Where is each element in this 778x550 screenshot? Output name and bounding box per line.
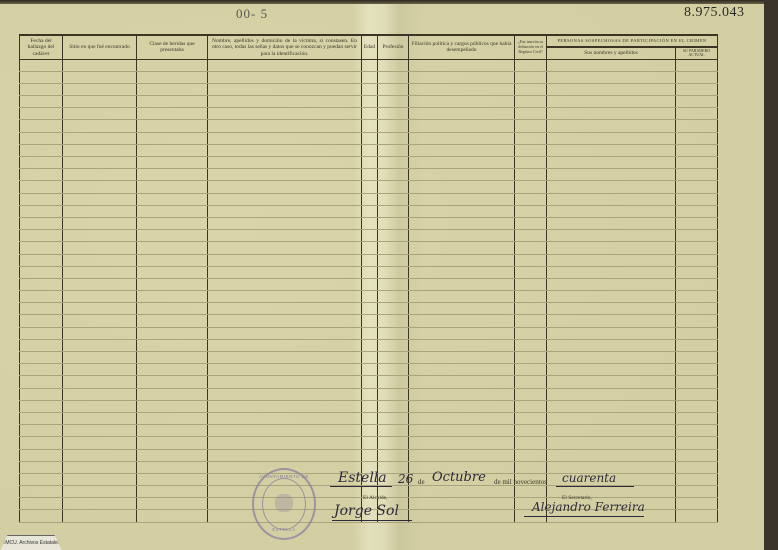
table-cell <box>362 266 378 278</box>
table-cell <box>547 230 676 242</box>
table-cell <box>676 254 718 266</box>
table-cell <box>362 449 378 461</box>
table-cell <box>362 388 378 400</box>
table-cell <box>409 498 515 510</box>
table-cell <box>20 120 63 132</box>
table-cell <box>137 388 208 400</box>
table-cell <box>20 376 63 388</box>
table-cell <box>20 144 63 156</box>
page-right-edge <box>764 0 778 550</box>
table-cell <box>63 205 137 217</box>
table-cell <box>515 352 547 364</box>
table-cell <box>63 303 137 315</box>
table-cell <box>362 339 378 351</box>
table-cell <box>362 364 378 376</box>
table-cell <box>208 352 362 364</box>
table-cell <box>208 181 362 193</box>
header-profesion: Profesión <box>378 35 409 59</box>
table-cell <box>362 352 378 364</box>
table-cell <box>378 96 409 108</box>
table-row <box>20 327 718 339</box>
table-cell <box>676 400 718 412</box>
table-cell <box>362 425 378 437</box>
mayor-label: El Alcalde, <box>363 495 387 501</box>
table-cell <box>515 291 547 303</box>
table-cell <box>409 120 515 132</box>
table-cell <box>137 315 208 327</box>
table-cell <box>137 181 208 193</box>
table-row <box>20 193 718 205</box>
header-filiacion: Filiación política y cargos públicos que… <box>409 35 515 59</box>
table-cell <box>676 144 718 156</box>
table-cell <box>63 278 137 290</box>
table-cell <box>547 242 676 254</box>
table-cell <box>362 71 378 83</box>
table-cell <box>378 169 409 181</box>
table-cell <box>409 291 515 303</box>
table-cell <box>378 120 409 132</box>
coat-of-arms-icon <box>275 494 293 512</box>
table-cell <box>515 303 547 315</box>
table-cell <box>20 388 63 400</box>
table-cell <box>137 412 208 424</box>
table-cell <box>20 157 63 169</box>
table-cell <box>676 169 718 181</box>
table-body <box>20 59 718 522</box>
place-underline <box>330 486 392 487</box>
table-cell <box>208 437 362 449</box>
table-cell <box>378 327 409 339</box>
table-cell <box>515 425 547 437</box>
table-cell <box>20 59 63 71</box>
table-cell <box>409 339 515 351</box>
table-cell <box>63 181 137 193</box>
table-cell <box>20 339 63 351</box>
table-cell <box>63 473 137 485</box>
table-row <box>20 278 718 290</box>
table-cell <box>409 425 515 437</box>
table-cell <box>208 291 362 303</box>
table-row <box>20 254 718 266</box>
table-cell <box>547 437 676 449</box>
table-cell <box>63 498 137 510</box>
table-cell <box>409 59 515 71</box>
table-row <box>20 291 718 303</box>
table-cell <box>676 181 718 193</box>
footer-de: de <box>418 478 425 486</box>
table-row <box>20 315 718 327</box>
table-cell <box>515 157 547 169</box>
table-cell <box>208 266 362 278</box>
table-cell <box>409 388 515 400</box>
table-cell <box>208 217 362 229</box>
table-cell <box>362 278 378 290</box>
table-cell <box>63 132 137 144</box>
table-cell <box>378 425 409 437</box>
table-cell <box>515 71 547 83</box>
table-cell <box>676 425 718 437</box>
table-cell <box>515 278 547 290</box>
table-cell <box>409 193 515 205</box>
table-cell <box>20 400 63 412</box>
table-cell <box>137 144 208 156</box>
table-cell <box>547 303 676 315</box>
table-cell <box>676 217 718 229</box>
table-cell <box>208 303 362 315</box>
table-cell <box>137 242 208 254</box>
table-cell <box>137 120 208 132</box>
table-cell <box>409 278 515 290</box>
table-cell <box>20 132 63 144</box>
table-cell <box>378 71 409 83</box>
table-cell <box>409 412 515 424</box>
table-cell <box>515 217 547 229</box>
table-cell <box>137 291 208 303</box>
table-cell <box>208 254 362 266</box>
table-cell <box>378 205 409 217</box>
header-edad: Edad <box>362 35 378 59</box>
table-cell <box>676 412 718 424</box>
table-cell <box>515 400 547 412</box>
table-cell <box>137 400 208 412</box>
table-cell <box>137 96 208 108</box>
footer-day: 26 <box>398 472 413 486</box>
table-cell <box>20 254 63 266</box>
table-cell <box>20 181 63 193</box>
table-cell <box>547 266 676 278</box>
table-cell <box>547 157 676 169</box>
table-cell <box>378 352 409 364</box>
table-cell <box>208 169 362 181</box>
table-cell <box>20 449 63 461</box>
table-cell <box>515 461 547 473</box>
table-cell <box>20 437 63 449</box>
table-cell <box>20 461 63 473</box>
table-cell <box>63 412 137 424</box>
table-cell <box>63 266 137 278</box>
table-cell <box>208 83 362 95</box>
archive-watermark: ©MCU. Archivos Estatales <box>0 535 62 550</box>
table-cell <box>409 144 515 156</box>
table-cell <box>547 193 676 205</box>
table-cell <box>137 83 208 95</box>
table-cell <box>362 412 378 424</box>
header-heridas: Clase de heridas que presentaba <box>137 35 208 59</box>
table-cell <box>20 217 63 229</box>
table-cell <box>208 425 362 437</box>
table-cell <box>63 352 137 364</box>
table-cell <box>20 303 63 315</box>
table-cell <box>409 315 515 327</box>
table-cell <box>362 144 378 156</box>
table-cell <box>409 254 515 266</box>
table-cell <box>20 169 63 181</box>
table-cell <box>676 193 718 205</box>
table-cell <box>362 205 378 217</box>
table-row <box>20 242 718 254</box>
footer-place: Estella <box>338 470 387 486</box>
table-cell <box>515 315 547 327</box>
table-cell <box>63 242 137 254</box>
table-cell <box>20 327 63 339</box>
table-cell <box>20 108 63 120</box>
table-cell <box>362 400 378 412</box>
table-cell <box>378 132 409 144</box>
table-cell <box>208 120 362 132</box>
table-cell <box>676 291 718 303</box>
table-cell <box>137 205 208 217</box>
table-cell <box>208 449 362 461</box>
table-cell <box>676 278 718 290</box>
sheet-number: 00- 5 <box>236 6 268 22</box>
table-cell <box>515 144 547 156</box>
table-cell <box>676 510 718 522</box>
table-row <box>20 217 718 229</box>
table-cell <box>362 132 378 144</box>
table-cell <box>63 291 137 303</box>
table-cell <box>137 425 208 437</box>
table-cell <box>63 339 137 351</box>
table-cell <box>547 388 676 400</box>
table-cell <box>378 278 409 290</box>
table-cell <box>63 327 137 339</box>
table-cell <box>676 449 718 461</box>
table-cell <box>208 412 362 424</box>
table-cell <box>378 242 409 254</box>
table-cell <box>547 181 676 193</box>
table-cell <box>515 132 547 144</box>
table-cell <box>409 400 515 412</box>
table-cell <box>20 230 63 242</box>
table-cell <box>676 473 718 485</box>
table-cell <box>378 181 409 193</box>
seal-top-text: AYUNTAMIENTO DE <box>254 474 314 479</box>
table-row <box>20 230 718 242</box>
table-cell <box>409 303 515 315</box>
table-cell <box>20 96 63 108</box>
table-cell <box>676 266 718 278</box>
crime-register-table: Fecha del hallazgo del cadáver Sitio en … <box>19 34 718 523</box>
table-cell <box>515 339 547 351</box>
table-cell <box>137 193 208 205</box>
table-cell <box>547 364 676 376</box>
table-cell <box>137 352 208 364</box>
mayor-signature-underline <box>332 520 412 521</box>
table-cell <box>362 303 378 315</box>
secretary-signature: Alejandro Ferreira <box>532 500 645 514</box>
table-cell <box>676 108 718 120</box>
table-cell <box>515 449 547 461</box>
table-cell <box>208 376 362 388</box>
table-cell <box>515 96 547 108</box>
table-cell <box>63 169 137 181</box>
table-cell <box>547 205 676 217</box>
table-cell <box>676 120 718 132</box>
table-cell <box>547 449 676 461</box>
table-cell <box>20 242 63 254</box>
table-cell <box>208 278 362 290</box>
table-cell <box>63 510 137 522</box>
year-underline <box>556 486 634 487</box>
table-cell <box>137 364 208 376</box>
table-cell <box>547 315 676 327</box>
table-cell <box>137 486 208 498</box>
table-row <box>20 108 718 120</box>
table-cell <box>409 364 515 376</box>
table-cell <box>409 205 515 217</box>
table-cell <box>137 157 208 169</box>
table-cell <box>137 71 208 83</box>
table-row <box>20 205 718 217</box>
table-cell <box>378 303 409 315</box>
table-cell <box>63 449 137 461</box>
table-cell <box>137 217 208 229</box>
table-row <box>20 400 718 412</box>
table-row <box>20 364 718 376</box>
table-cell <box>515 412 547 424</box>
table-cell <box>208 59 362 71</box>
table-row <box>20 266 718 278</box>
document-code: 8.975.043 <box>684 5 745 21</box>
table-cell <box>515 364 547 376</box>
table-cell <box>547 376 676 388</box>
table-cell <box>20 315 63 327</box>
table-cell <box>378 400 409 412</box>
table-cell <box>362 96 378 108</box>
table-cell <box>63 388 137 400</box>
municipal-seal: AYUNTAMIENTO DE ESTELLA <box>252 468 316 540</box>
table-cell <box>515 120 547 132</box>
table-cell <box>208 96 362 108</box>
table-cell <box>515 486 547 498</box>
table-cell <box>63 217 137 229</box>
table-cell <box>515 242 547 254</box>
table-cell <box>676 59 718 71</box>
table-cell <box>208 364 362 376</box>
table-cell <box>137 473 208 485</box>
header-sus-nombres: Sus nombres y apellidos <box>547 47 676 59</box>
table-cell <box>676 96 718 108</box>
table-row <box>20 437 718 449</box>
table-cell <box>20 71 63 83</box>
header-personas-sospechosas: PERSONAS SOSPECHOSAS DE PARTICIPACIÓN EN… <box>547 35 718 47</box>
table-cell <box>137 449 208 461</box>
table-cell <box>362 376 378 388</box>
table-cell <box>409 217 515 229</box>
table-cell <box>547 96 676 108</box>
table-row <box>20 169 718 181</box>
table-cell <box>137 303 208 315</box>
table-cell <box>515 266 547 278</box>
table-cell <box>362 83 378 95</box>
table-cell <box>362 120 378 132</box>
table-cell <box>362 193 378 205</box>
table-cell <box>676 83 718 95</box>
table-cell <box>547 132 676 144</box>
table-cell <box>547 327 676 339</box>
table-cell <box>137 278 208 290</box>
table-cell <box>208 71 362 83</box>
table-cell <box>362 291 378 303</box>
table-cell <box>63 83 137 95</box>
table-cell <box>515 59 547 71</box>
table-cell <box>137 254 208 266</box>
table-cell <box>362 108 378 120</box>
table-cell <box>362 242 378 254</box>
table-cell <box>63 364 137 376</box>
table-cell <box>547 59 676 71</box>
table-cell <box>20 473 63 485</box>
table-row <box>20 449 718 461</box>
table-cell <box>676 352 718 364</box>
table-cell <box>547 217 676 229</box>
table-cell <box>137 108 208 120</box>
table-cell <box>63 425 137 437</box>
table-cell <box>378 266 409 278</box>
table-cell <box>378 217 409 229</box>
table-cell <box>378 108 409 120</box>
table-row <box>20 388 718 400</box>
table-cell <box>362 437 378 449</box>
table-cell <box>409 449 515 461</box>
table-cell <box>378 291 409 303</box>
header-registro-civil: ¿Fue inscrita su defunción en el Registr… <box>515 35 547 59</box>
table-cell <box>63 108 137 120</box>
table-cell <box>547 291 676 303</box>
header-nombre-victima: Nombre, apellidos y domicilio de la víct… <box>208 35 362 59</box>
table-row <box>20 339 718 351</box>
table-cell <box>515 437 547 449</box>
table-cell <box>515 193 547 205</box>
table-row <box>20 157 718 169</box>
table-cell <box>409 157 515 169</box>
table-cell <box>547 339 676 351</box>
table-cell <box>409 230 515 242</box>
table-cell <box>63 144 137 156</box>
table-cell <box>409 352 515 364</box>
table-cell <box>378 339 409 351</box>
table-row <box>20 412 718 424</box>
seal-bottom-text: ESTELLA <box>254 527 314 532</box>
table-cell <box>515 388 547 400</box>
table-row <box>20 71 718 83</box>
table-cell <box>378 230 409 242</box>
table-cell <box>20 364 63 376</box>
table-cell <box>208 339 362 351</box>
table-cell <box>547 169 676 181</box>
table-cell <box>20 510 63 522</box>
table-cell <box>676 461 718 473</box>
header-fecha: Fecha del hallazgo del cadáver <box>20 35 63 59</box>
table-cell <box>515 205 547 217</box>
table-row <box>20 425 718 437</box>
table-cell <box>409 242 515 254</box>
table-cell <box>137 510 208 522</box>
table-cell <box>547 83 676 95</box>
table-cell <box>362 59 378 71</box>
table-cell <box>362 181 378 193</box>
footer-month: Octubre <box>432 470 486 485</box>
table-cell <box>362 327 378 339</box>
table-cell <box>63 376 137 388</box>
table-cell <box>63 461 137 473</box>
table-cell <box>137 498 208 510</box>
table-cell <box>676 71 718 83</box>
table-cell <box>409 510 515 522</box>
table-cell <box>362 217 378 229</box>
table-cell <box>409 266 515 278</box>
table-cell <box>409 96 515 108</box>
